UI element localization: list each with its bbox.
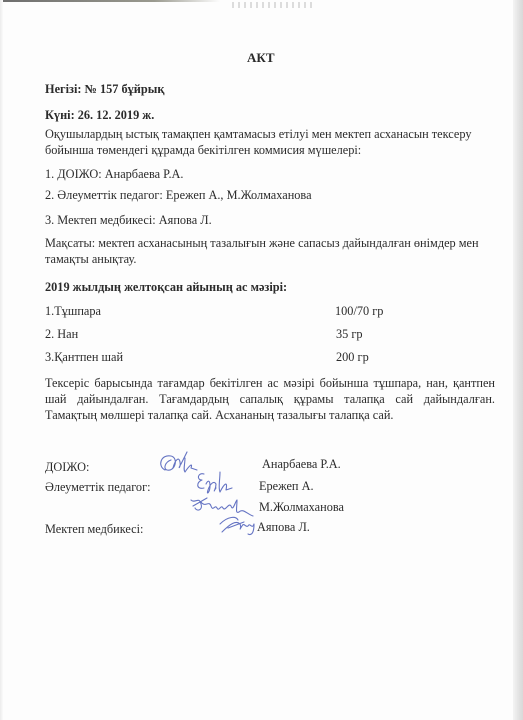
scan-artifact-top: [0, 0, 220, 2]
signatory-name: Анарбаева Р.А.: [262, 456, 341, 472]
menu-heading: 2019 жылдың желтоқсан айының ас мәзірі:: [45, 279, 287, 295]
conclusion-paragraph: Тексеріс барысында тағамдар бекітілген а…: [45, 375, 495, 423]
signatory-name: Аяпова Л.: [257, 519, 310, 535]
signature-role: Әлеуметтік педагог:: [45, 479, 151, 495]
signature-ayapova-icon: [218, 512, 262, 538]
document-title: АКТ: [247, 50, 275, 66]
intro-paragraph: Оқушылардың ыстық тамақпен қамтамасыз ет…: [45, 126, 485, 158]
menu-row: 3.Қантпен шай 200 гр: [45, 349, 445, 365]
menu-item-name: 3.Қантпен шай: [45, 349, 123, 365]
scan-artifact-left-edge: [0, 0, 3, 720]
menu-item-name: 2. Нан: [45, 326, 78, 342]
scan-artifact-bleedthrough: [232, 2, 312, 8]
menu-item-amount: 200 гр: [336, 349, 369, 365]
member-item: 1. ДОІЖО: Анарбаева Р.А.: [45, 166, 184, 182]
document-basis: Негізі: № 157 бұйрық: [45, 81, 164, 97]
scan-artifact-right-edge: [513, 0, 523, 720]
scanned-document-page: АКТ Негізі: № 157 бұйрық Күні: 26. 12. 2…: [0, 0, 523, 720]
signature-role: Мектеп медбикесі:: [45, 521, 143, 537]
menu-item-amount: 100/70 гр: [335, 303, 383, 319]
member-item: 3. Мектеп медбикесі: Аяпова Л.: [45, 212, 212, 228]
signatory-name: М.Жолмаханова: [259, 499, 344, 515]
menu-row: 1.Тұшпара 100/70 гр: [45, 303, 445, 319]
signature-anarbaeva-icon: [155, 448, 203, 480]
menu-row: 2. Нан 35 гр: [45, 326, 445, 342]
signature-zholmakhanova-icon: [187, 490, 255, 520]
signatory-name: Ережеп А.: [259, 478, 314, 494]
menu-item-amount: 35 гр: [336, 326, 363, 342]
menu-item-name: 1.Тұшпара: [45, 303, 101, 319]
signature-role: ДОІЖО:: [45, 459, 89, 475]
signature-erezhep-icon: [192, 468, 238, 498]
purpose-paragraph: Мақсаты: мектеп асханасының тазалығын жә…: [45, 235, 485, 267]
member-item: 2. Әлеуметтік педагог: Ережеп А., М.Жолм…: [45, 187, 312, 203]
document-date: Күні: 26. 12. 2019 ж.: [45, 107, 154, 123]
